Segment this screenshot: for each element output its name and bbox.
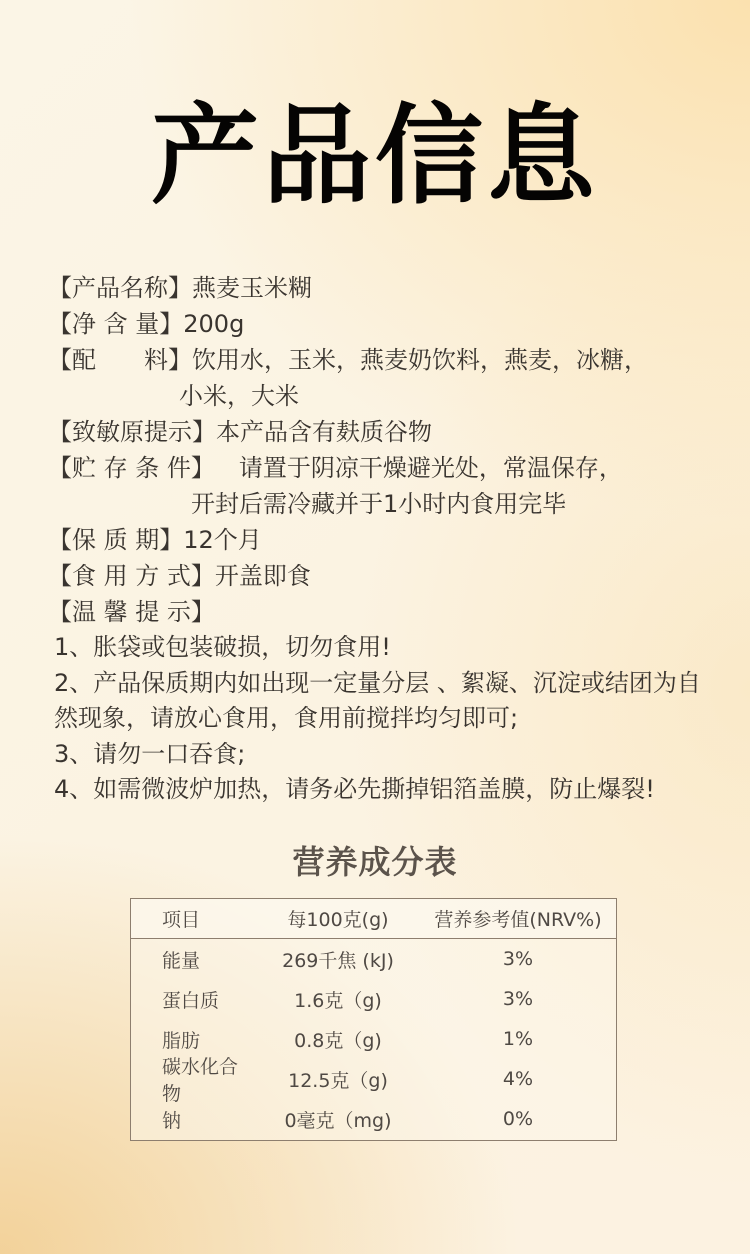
nutrition-table: 项目 每100克(g) 营养参考值(NRV%) 能量 269千焦 (kJ) 3%…	[130, 898, 617, 1141]
tips-label: 【温 馨 提 示】	[48, 594, 215, 630]
cell-per-100g: 12.5克（g)	[253, 1066, 423, 1093]
cell-item: 碳水化合物	[131, 1052, 253, 1106]
info-row-net-content: 【净 含 量】 200g	[48, 306, 718, 342]
storage-value: 请置于阴凉干燥避光处，常温保存，	[215, 450, 623, 486]
header-nrv: 营养参考值(NRV%)	[423, 905, 613, 932]
ingredients-value: 饮用水，玉米，燕麦奶饮料，燕麦，冰糖，	[192, 342, 648, 378]
product-info-section: 【产品名称】 燕麦玉米糊 【净 含 量】 200g 【配 料】 饮用水，玉米，燕…	[48, 270, 718, 630]
tip-item: 1、胀袋或包装破损，切勿食用!	[54, 630, 724, 666]
cell-nrv: 4%	[423, 1068, 613, 1090]
usage-label: 【食 用 方 式】	[48, 558, 215, 594]
cell-nrv: 3%	[423, 988, 613, 1010]
product-name-value: 燕麦玉米糊	[192, 270, 312, 306]
storage-value-continued: 开封后需冷藏并于1小时内食用完毕	[48, 486, 718, 522]
page-title: 产品信息	[0, 92, 750, 222]
nutrition-table-body: 能量 269千焦 (kJ) 3% 蛋白质 1.6克（g) 3% 脂肪 0.8克（…	[131, 939, 616, 1139]
tips-list: 1、胀袋或包装破损，切勿食用! 2、产品保质期内如出现一定量分层 、絮凝、沉淀或…	[54, 630, 724, 808]
info-row-allergen: 【致敏原提示】 本产品含有麸质谷物	[48, 414, 718, 450]
ingredients-label: 【配 料】	[48, 342, 192, 378]
cell-item: 蛋白质	[131, 986, 253, 1013]
cell-nrv: 3%	[423, 948, 613, 970]
table-row: 蛋白质 1.6克（g) 3%	[131, 979, 616, 1019]
table-row: 能量 269千焦 (kJ) 3%	[131, 939, 616, 979]
info-row-product-name: 【产品名称】 燕麦玉米糊	[48, 270, 718, 306]
nutrition-title: 营养成分表	[0, 838, 750, 886]
header-item: 项目	[131, 905, 253, 932]
tip-item: 3、请勿一口吞食;	[54, 737, 724, 773]
shelf-life-label: 【保 质 期】	[48, 522, 183, 558]
nutrition-table-header: 项目 每100克(g) 营养参考值(NRV%)	[131, 899, 616, 939]
allergen-value: 本产品含有麸质谷物	[216, 414, 432, 450]
storage-label: 【贮 存 条 件】	[48, 450, 215, 486]
table-row: 钠 0毫克（mg) 0%	[131, 1099, 616, 1139]
tip-item: 2、产品保质期内如出现一定量分层 、絮凝、沉淀或结团为自然现象，请放心食用，食用…	[54, 666, 724, 737]
usage-value: 开盖即食	[215, 558, 311, 594]
allergen-label: 【致敏原提示】	[48, 414, 216, 450]
info-row-ingredients: 【配 料】 饮用水，玉米，燕麦奶饮料，燕麦，冰糖，	[48, 342, 718, 378]
net-content-value: 200g	[183, 306, 244, 342]
info-row-shelf-life: 【保 质 期】 12个月	[48, 522, 718, 558]
shelf-life-value: 12个月	[183, 522, 262, 558]
cell-nrv: 0%	[423, 1108, 613, 1130]
cell-per-100g: 0毫克（mg)	[253, 1106, 423, 1133]
ingredients-value-continued: 小米，大米	[48, 378, 718, 414]
cell-nrv: 1%	[423, 1028, 613, 1050]
cell-per-100g: 269千焦 (kJ)	[253, 946, 423, 973]
cell-per-100g: 0.8克（g)	[253, 1026, 423, 1053]
cell-per-100g: 1.6克（g)	[253, 986, 423, 1013]
tip-item: 4、如需微波炉加热，请务必先撕掉铝箔盖膜，防止爆裂!	[54, 772, 724, 808]
header-per-100g: 每100克(g)	[253, 905, 423, 932]
info-row-storage: 【贮 存 条 件】 请置于阴凉干燥避光处，常温保存，	[48, 450, 718, 486]
info-row-tips: 【温 馨 提 示】	[48, 594, 718, 630]
cell-item: 脂肪	[131, 1026, 253, 1053]
table-row: 碳水化合物 12.5克（g) 4%	[131, 1059, 616, 1099]
info-row-usage: 【食 用 方 式】 开盖即食	[48, 558, 718, 594]
net-content-label: 【净 含 量】	[48, 306, 183, 342]
cell-item: 能量	[131, 946, 253, 973]
cell-item: 钠	[131, 1106, 253, 1133]
product-name-label: 【产品名称】	[48, 270, 192, 306]
